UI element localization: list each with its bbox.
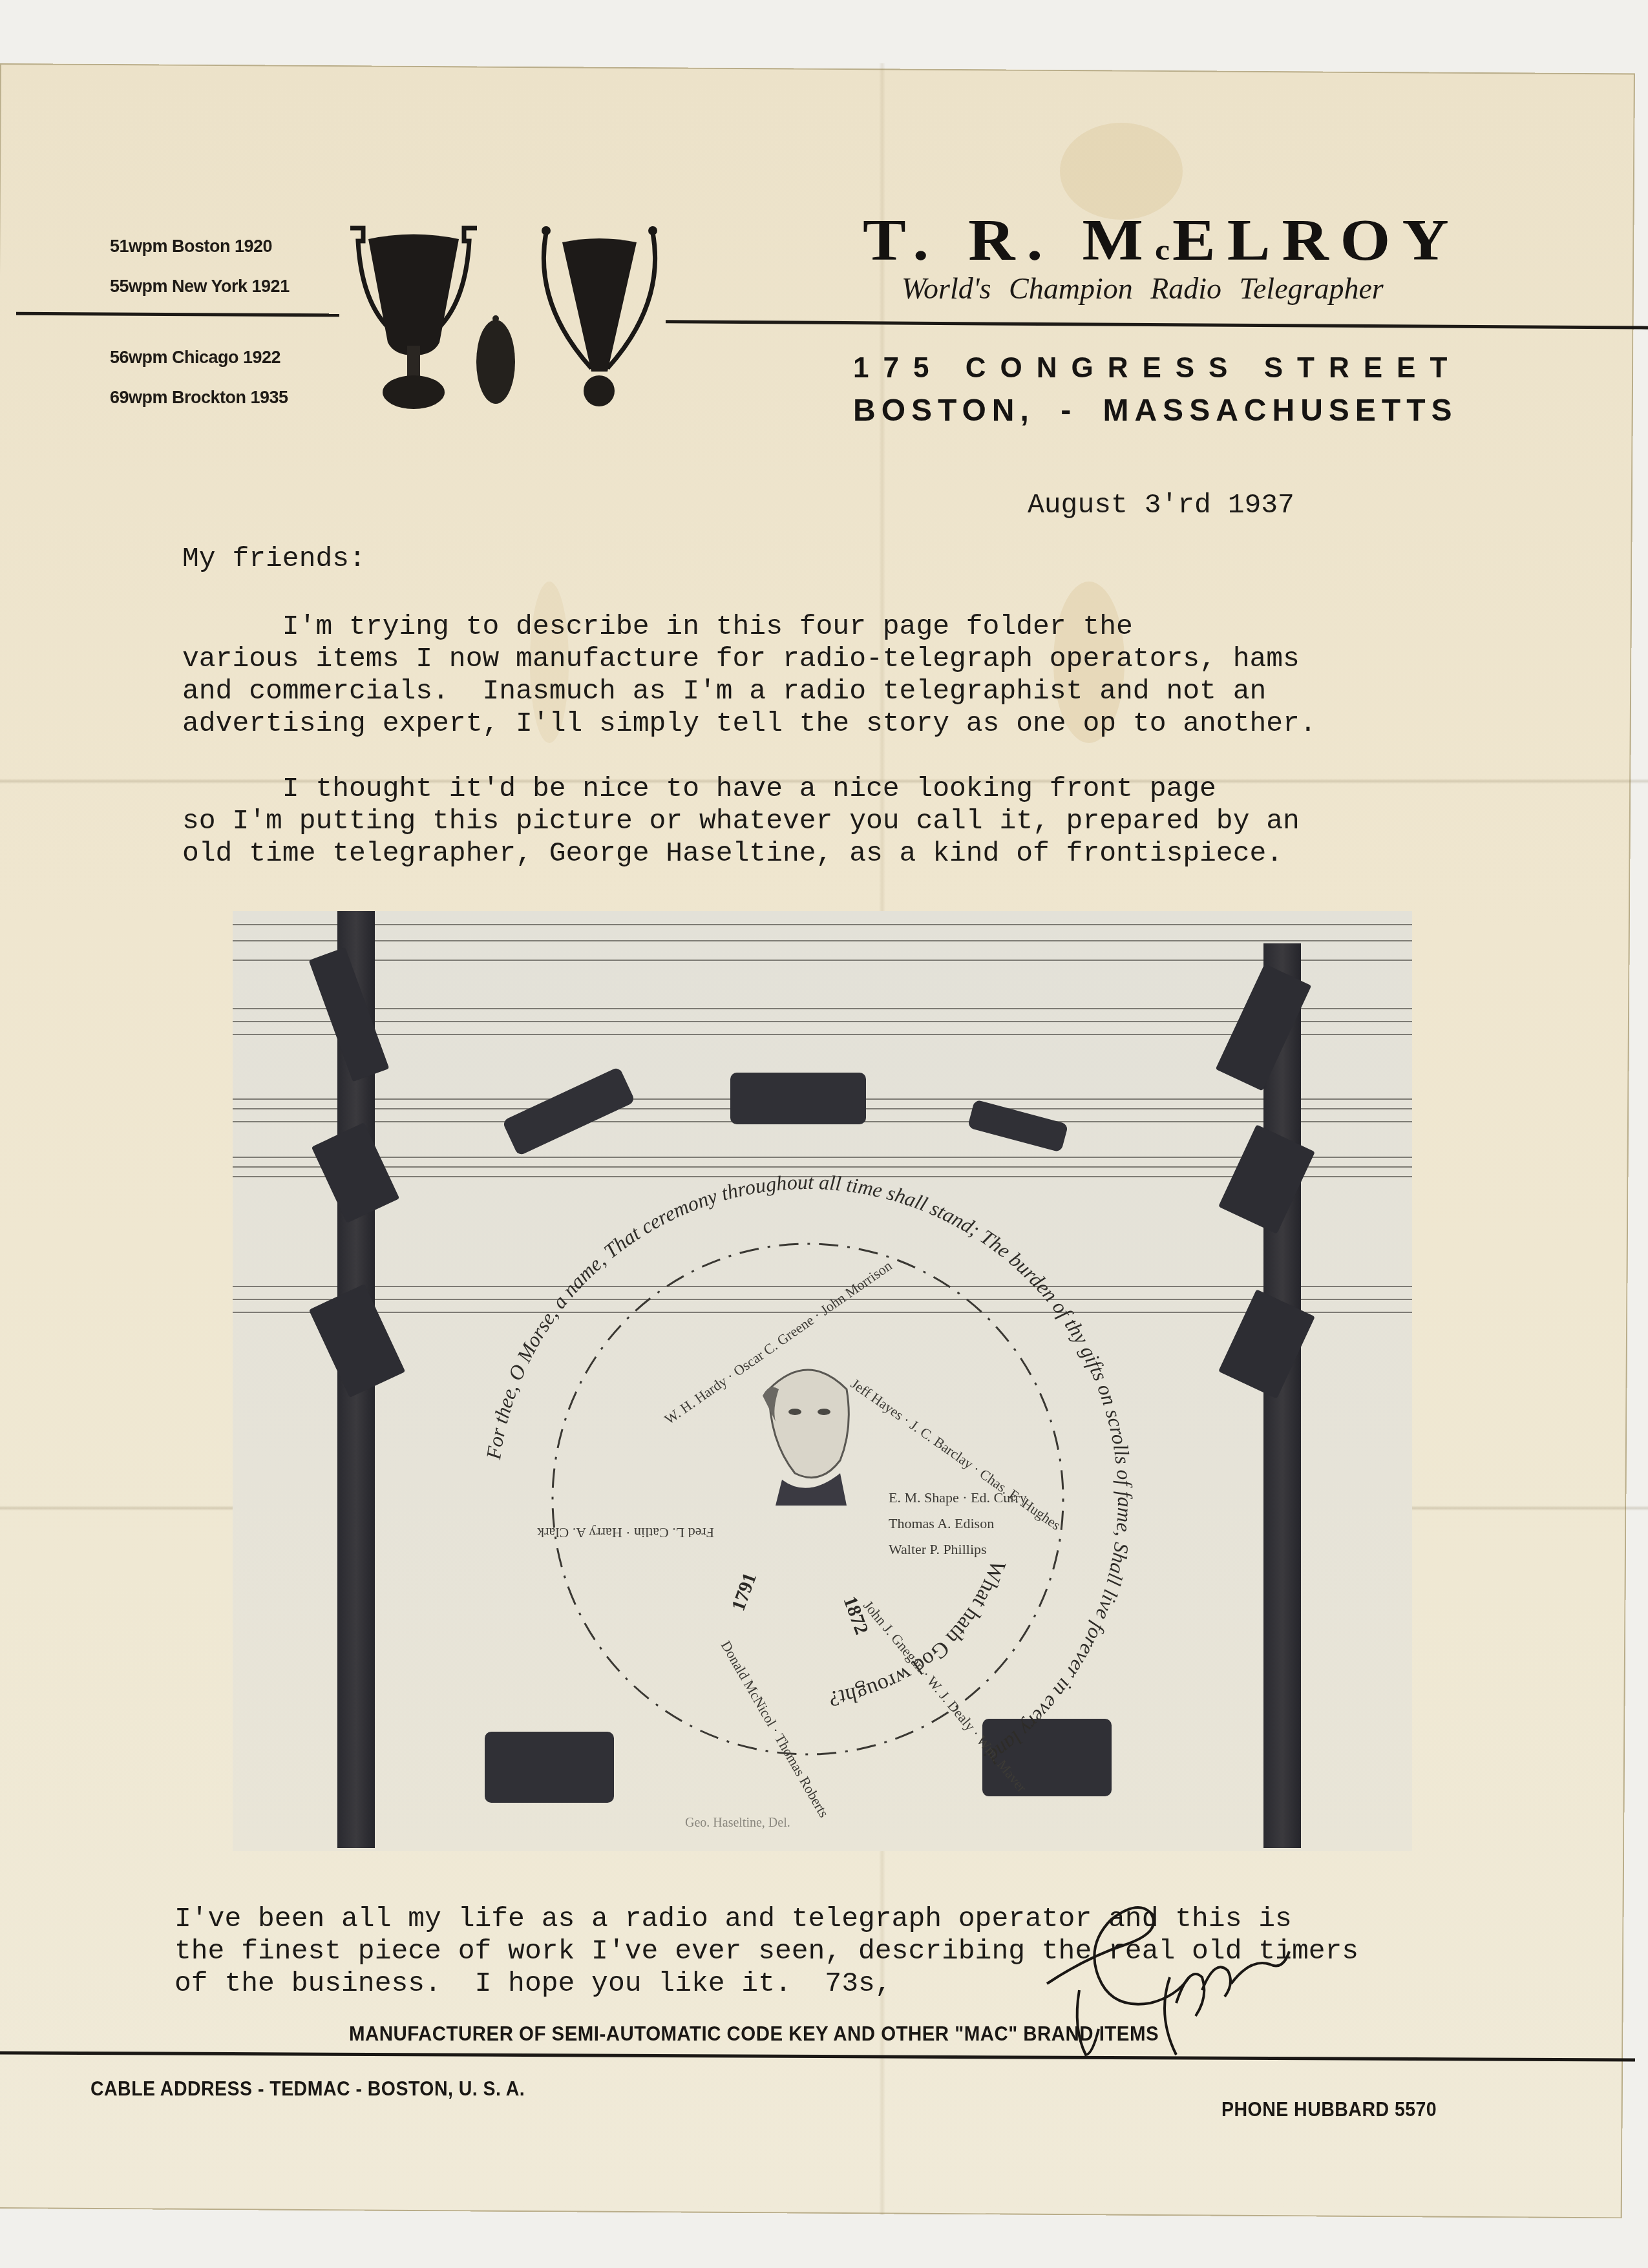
award-list: 51wpm Boston 1920 55wpm New York 1921 56…: [110, 226, 330, 417]
crossarm: [309, 1284, 405, 1398]
name-part: T. R. M: [863, 208, 1155, 273]
medal-icon: [473, 313, 518, 407]
svg-text:1872: 1872: [839, 1593, 872, 1637]
frontispiece-illustration: For thee, O Morse, a name, That ceremony…: [233, 911, 1412, 1851]
salutation: My friends:: [182, 543, 366, 575]
phone-number: PHONE HUBBARD 5570: [1221, 2098, 1437, 2121]
telegraph-pole-right: [1263, 943, 1301, 1848]
svg-text:Thomas A. Edison: Thomas A. Edison: [889, 1515, 994, 1531]
letter-date: August 3'rd 1937: [1028, 489, 1294, 521]
award-line: 51wpm Boston 1920: [110, 226, 330, 266]
body-paragraph: I thought it'd be nice to have a nice lo…: [182, 773, 1300, 870]
name-mc: c: [1155, 233, 1172, 266]
illustrator-credit: Geo. Haseltine, Del.: [685, 1816, 790, 1831]
crossarm: [312, 1122, 400, 1223]
water-stain: [1060, 123, 1183, 220]
svg-text:Ted Mac: Ted Mac: [1137, 1918, 1140, 1920]
svg-text:1791: 1791: [728, 1570, 761, 1614]
name-part: ELROY: [1172, 208, 1461, 273]
crossarm: [309, 947, 390, 1082]
tagline: World's Champion Radio Telegrapher: [902, 271, 1384, 306]
body-paragraph: I'm trying to describe in this four page…: [182, 611, 1316, 740]
svg-text:E. M. Shape · Ed. Curry: E. M. Shape · Ed. Curry: [889, 1489, 1027, 1506]
city-state: BOSTON, - MASSACHUSETTS: [853, 393, 1457, 428]
trophy-cup-icon: [343, 223, 485, 410]
company-name: T. R. McELROY: [863, 207, 1461, 274]
award-line: 56wpm Chicago 1922: [110, 337, 330, 377]
svg-text:Walter P. Phillips: Walter P. Phillips: [889, 1541, 987, 1557]
svg-text:Fred L. Catlin · Harry A. Clar: Fred L. Catlin · Harry A. Clark: [537, 1525, 714, 1541]
cable-address: CABLE ADDRESS - TEDMAC - BOSTON, U. S. A…: [90, 2077, 525, 2101]
trophy-cup-icon: [533, 223, 666, 410]
manufacturer-line: MANUFACTURER OF SEMI-AUTOMATIC CODE KEY …: [349, 2022, 1159, 2046]
award-line: 69wpm Brockton 1935: [110, 377, 330, 417]
award-line: 55wpm New York 1921: [110, 266, 330, 306]
samuel-morse-portrait: [743, 1350, 872, 1512]
svg-text:Jeff Hayes · J. C. Barclay · C: Jeff Hayes · J. C. Barclay · Chas. E. Hu…: [848, 1376, 1064, 1533]
street-address: 175 CONGRESS STREET: [853, 352, 1461, 384]
telegraph-sounder-icon: [730, 1073, 866, 1124]
svg-text:Donald McNicol · Thomas Robert: Donald McNicol · Thomas Roberts: [718, 1638, 832, 1820]
